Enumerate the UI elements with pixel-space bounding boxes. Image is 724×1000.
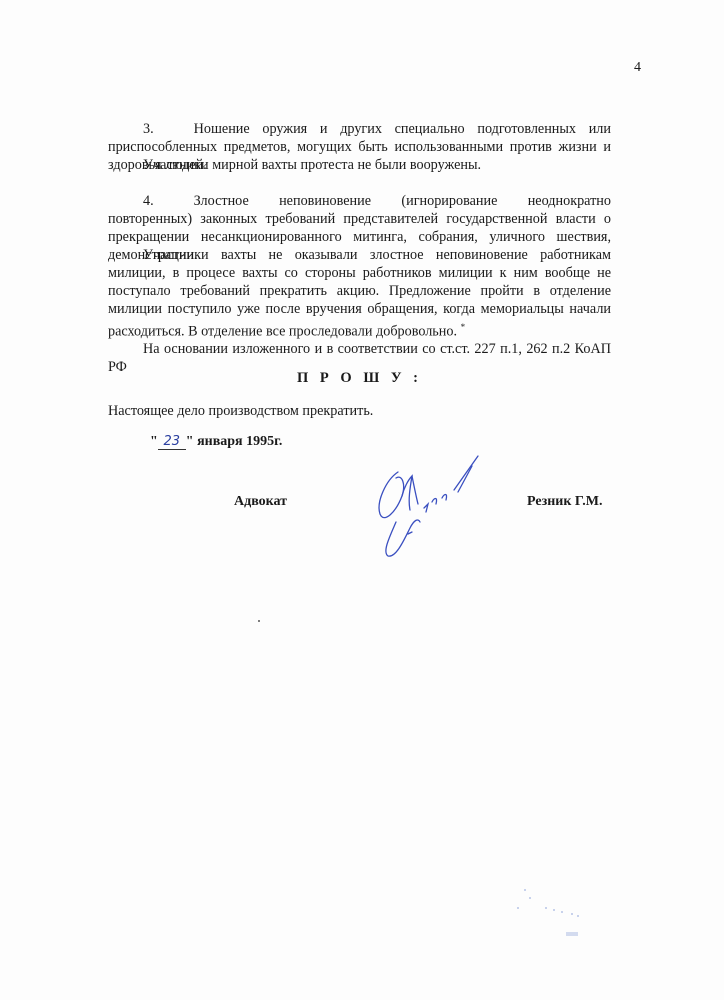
signer-role: Адвокат [234, 494, 287, 510]
stray-mark: * [461, 322, 466, 332]
request-text: Настоящее дело производством прекратить. [108, 402, 611, 420]
item-4-response: Участники вахты не оказывали злостное не… [108, 246, 611, 341]
faint-stamp-trace [510, 868, 590, 943]
date-line: "23" января 1995г. [150, 434, 282, 450]
handwritten-day: 23 [158, 435, 186, 450]
scan-dot [258, 620, 260, 622]
item-3-response: Участники мирной вахты протеста не были … [108, 156, 611, 174]
item-3-number: 3. [143, 121, 154, 137]
signer-name: Резник Г.М. [527, 494, 602, 510]
request-heading: П Р О Ш У : [108, 370, 611, 387]
handwritten-signature [368, 452, 488, 567]
item-4-number: 4. [143, 193, 154, 209]
page-number: 4 [634, 60, 641, 76]
